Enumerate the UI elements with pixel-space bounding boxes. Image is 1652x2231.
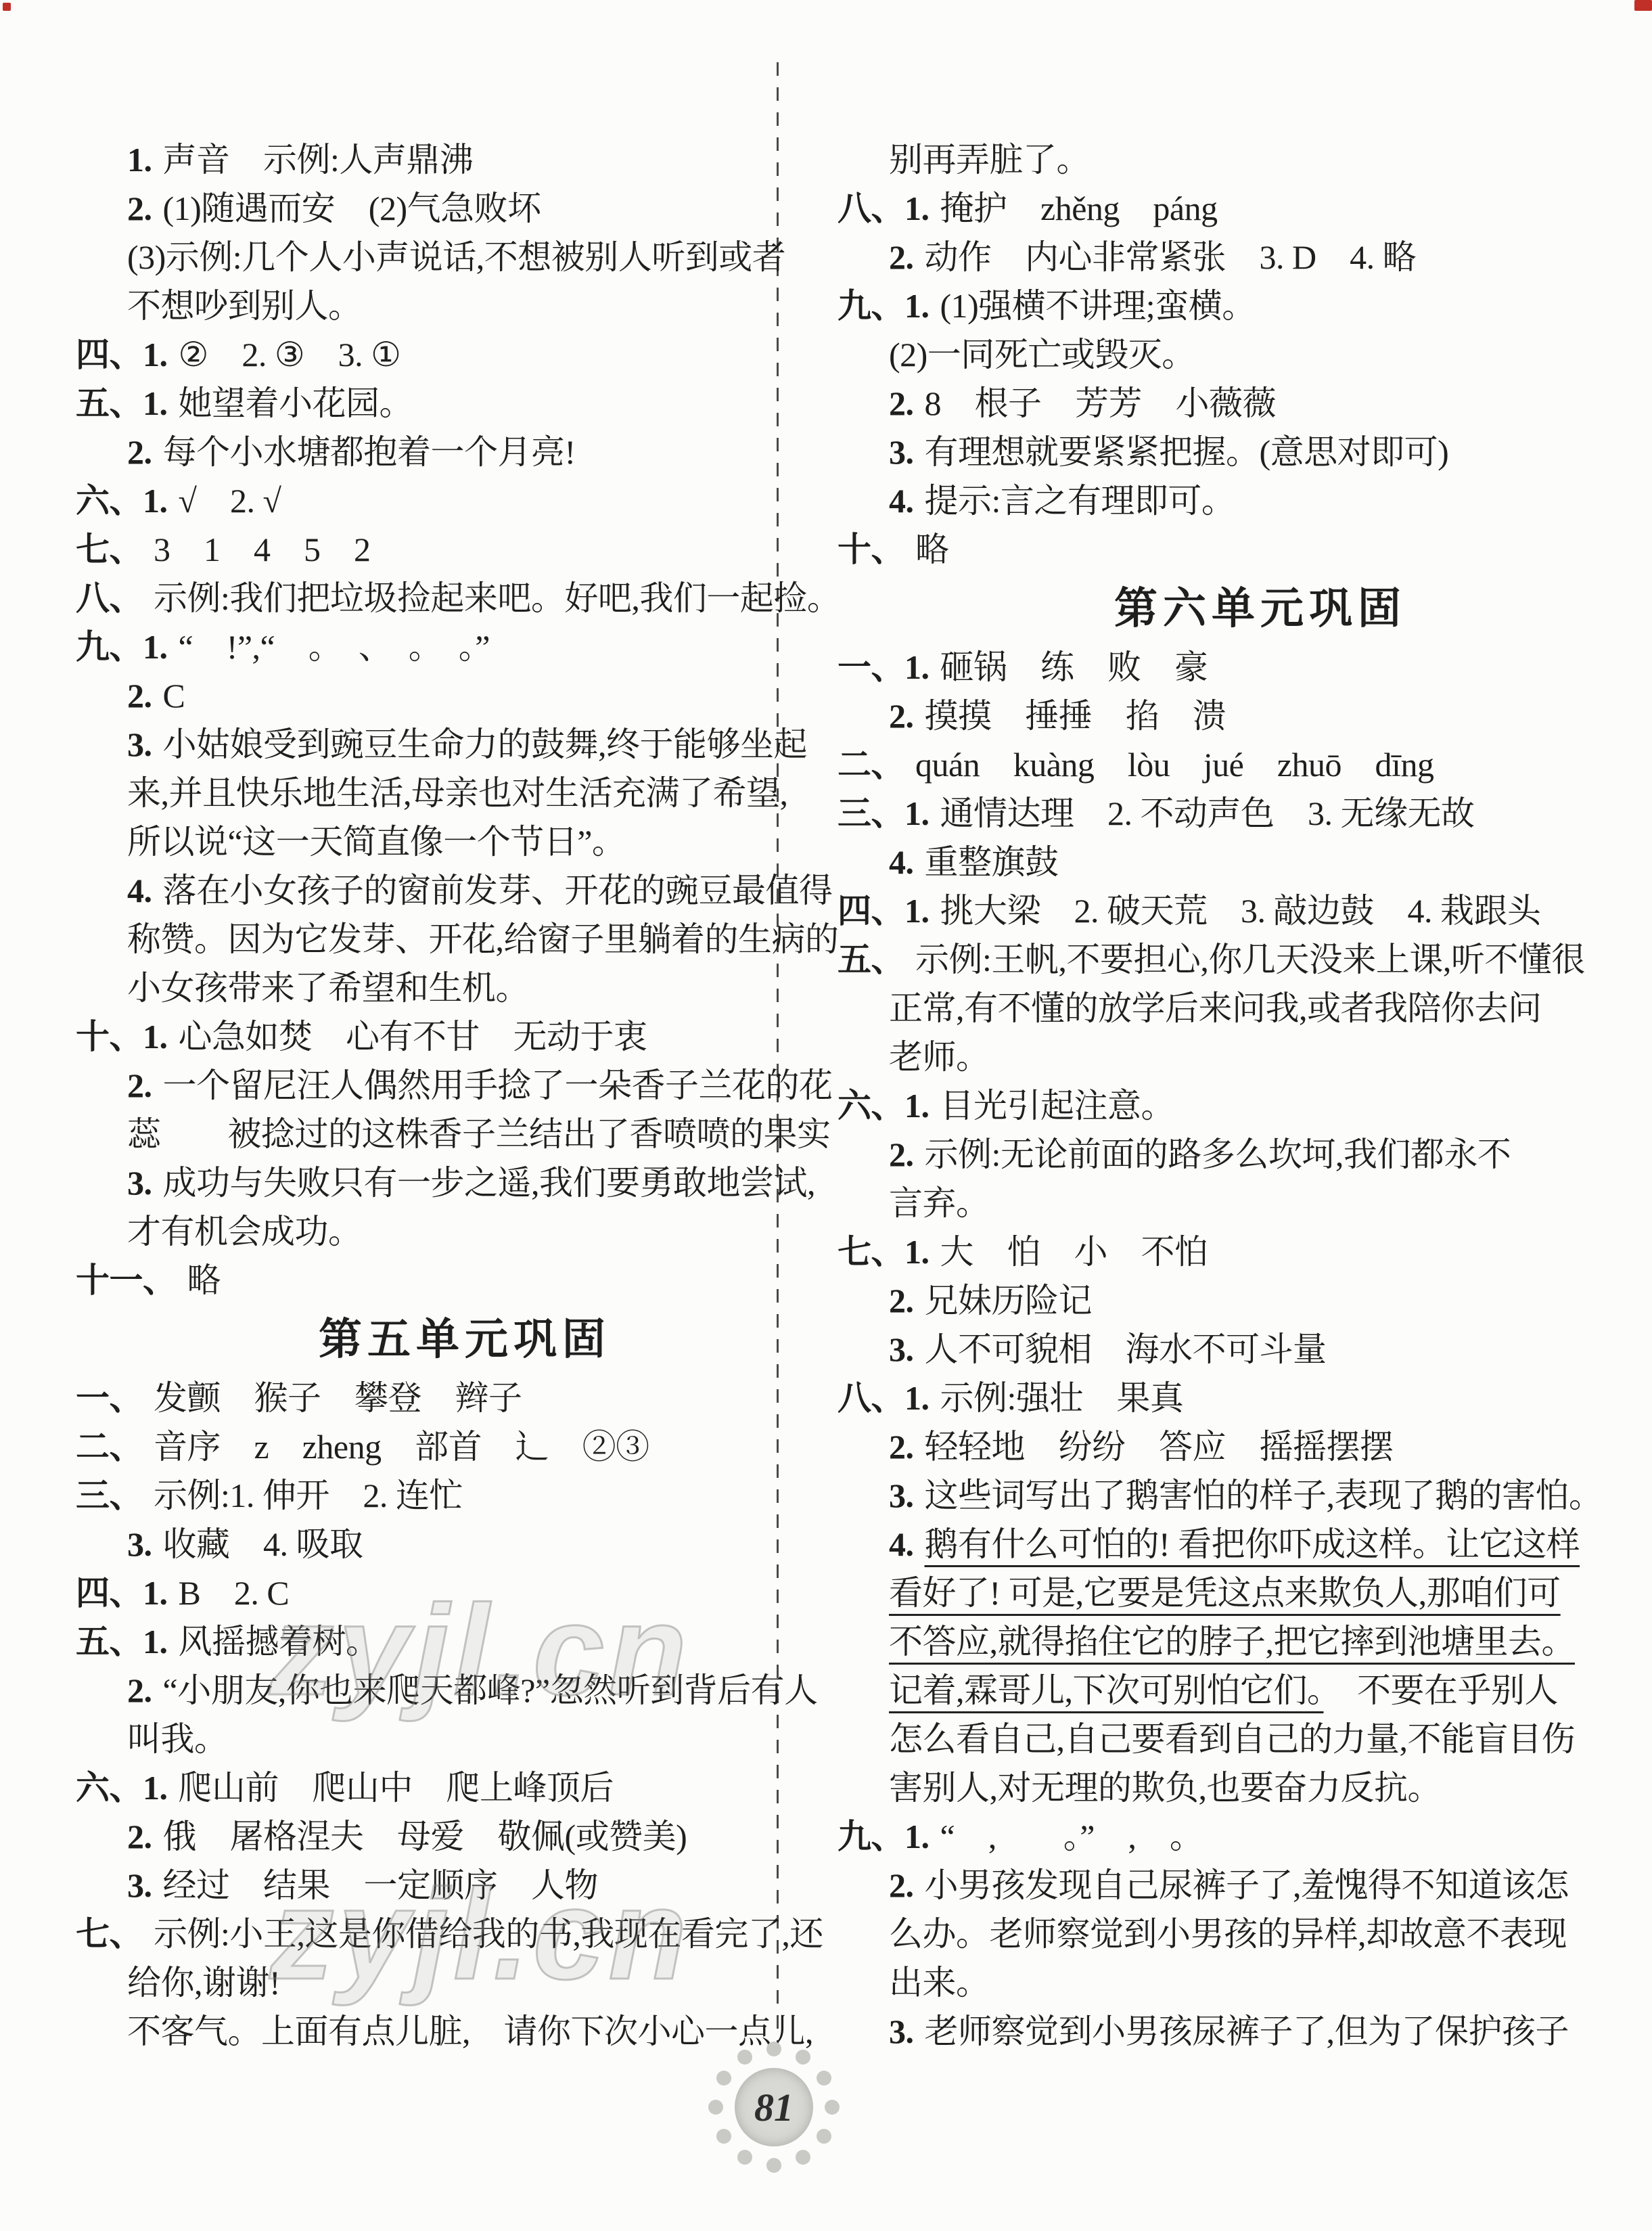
line-label: 2. [127,189,152,227]
line-label: 2. [889,384,914,422]
line-text: 大 怕 小 不怕 [940,1233,1208,1271]
answer-line: 蕊 被捻过的这株香子兰结出了香喷喷的果实 [76,1110,773,1158]
answer-line: 不答应,就得掐住它的脖子,把它摔到池塘里去。 [838,1617,1602,1666]
answer-line: 十、1.心急如焚 心有不甘 无动于衷 [76,1012,773,1061]
line-label: 三、 [76,1477,143,1514]
answer-line: 记着,霖哥儿,下次可别怕它们。 不要在乎别人 [838,1666,1602,1715]
line-label: 2. [127,1818,152,1855]
line-text: 小姑娘受到豌豆生命力的鼓舞,终于能够坐起 [163,725,808,763]
answer-line: 3.人不可貌相 海水不可斗量 [838,1325,1602,1374]
answer-line: 别再弄脏了。 [838,135,1602,184]
line-label: 2. [889,1428,914,1466]
answer-line: 4.重整旗鼓 [838,838,1602,886]
line-text: 轻轻地 纷纷 答应 摇摇摆摆 [925,1428,1394,1466]
line-label: 二、 [76,1428,143,1466]
line-text: 给你,谢谢! [127,1964,280,2002]
line-text: 声音 示例:人声鼎沸 [163,141,474,179]
line-label: 3. [889,1330,914,1368]
answer-line: 怎么看自己,自己要看到自己的力量,不能盲目伤 [838,1715,1602,1763]
line-label: 七、 [76,531,143,568]
answer-line: 出来。 [838,1958,1602,2007]
answer-line: 二、音序 z zheng 部首 辶 ②③ [76,1422,773,1471]
line-text: 蕊 被捻过的这株香子兰结出了香喷喷的果实 [127,1115,831,1153]
answer-line: 么办。老师察觉到小男孩的异样,却故意不表现 [838,1910,1602,1958]
answer-line: 九、1.“ , 。” , 。 [838,1812,1602,1861]
line-text: 音序 z zheng 部首 辶 ②③ [154,1428,649,1466]
answer-line: 六、1.爬山前 爬山中 爬上峰顶后 [76,1763,773,1812]
answer-line: 小女孩带来了希望和生机。 [76,964,773,1012]
answer-line: 看好了! 可是,它要是凭这点来欺负人,那咱们可 [838,1569,1602,1617]
line-label: 2. [889,238,914,276]
line-text: 兄妹历险记 [925,1282,1093,1320]
line-label: 3. [127,1525,152,1563]
line-label: 六、1. [76,482,168,520]
line-label: 4. [889,482,914,520]
line-text: 这些词写出了鹅害怕的样子,表现了鹅的害怕。 [925,1477,1603,1514]
answer-line: 2.“小朋友,你也来爬天都峰?”忽然听到背后有人 [76,1666,773,1715]
line-label: 4. [127,872,152,909]
section-heading: 第五单元巩固 [76,1307,773,1372]
line-text: 所以说“这一天简直像一个节日”。 [127,823,625,861]
answer-line: 3.这些词写出了鹅害怕的样子,表现了鹅的害怕。 [838,1471,1602,1520]
line-text: √ 2. √ [179,482,281,520]
line-text: 挑大梁 2. 破天荒 3. 敲边鼓 4. 栽跟头 [940,892,1541,930]
line-text: 略 [187,1261,221,1299]
line-text: 示例:王帆,不要担心,你几天没来上课,听不懂很 [915,941,1585,978]
line-label: 1. [127,141,152,179]
line-text: 她望着小花园。 [179,384,413,422]
line-label: 五、1. [76,384,168,422]
line-text: C [163,677,185,715]
line-text: (1)强横不讲理;蛮横。 [940,287,1256,325]
answer-line: 2.每个小水塘都抱着一个月亮! [76,428,773,476]
answer-line: 2.兄妹历险记 [838,1276,1602,1325]
line-label: 2. [889,697,914,735]
line-label: 一、1. [838,648,930,686]
answer-line: 老师。 [838,1033,1602,1081]
line-text: 心急如焚 心有不甘 无动于衷 [179,1018,647,1056]
answer-line: 九、1.“ !”,“ 。 、 。 。” [76,623,773,671]
answer-line: 4.提示:言之有理即可。 [838,476,1602,525]
line-text: 别再弄脏了。 [889,141,1090,179]
answer-line: 2.(1)随遇而安 (2)气急败坏 [76,184,773,233]
line-text: 不客气。上面有点儿脏, 请你下次小心一点儿, [127,2012,813,2050]
answer-line: 所以说“这一天简直像一个节日”。 [76,817,773,866]
line-text: 示例:无论前面的路多么坎坷,我们都永不 [925,1135,1511,1173]
line-label: 2. [127,1066,152,1104]
answer-line: 八、1.掩护 zhěng páng [838,184,1602,233]
line-label: 2. [127,433,152,471]
line-label: 八、1. [838,189,930,227]
line-text: 风摇撼着树。 [179,1623,380,1661]
answer-line: 六、1.目光引起注意。 [838,1081,1602,1130]
line-label: 3. [889,2012,914,2050]
line-label: 3. [889,433,914,471]
underlined-text: 不答应,就得掐住它的脖子,把它摔到池塘里去。 [889,1623,1575,1661]
line-text: 每个小水塘都抱着一个月亮! [163,433,576,471]
line-label: 七、 [76,1915,143,1953]
line-label: 八、1. [838,1379,930,1417]
line-text: 发颤 猴子 攀登 辫子 [154,1379,522,1417]
line-text: “ !”,“ 。 、 。 。” [179,628,490,666]
answer-line: 3.收藏 4. 吸取 [76,1520,773,1569]
line-label: 3. [127,1164,152,1202]
line-text: (1)随遇而安 (2)气急败坏 [163,189,541,227]
line-text: “ , 。” , 。 [940,1818,1203,1855]
line-text: 俄 屠格涅夫 母爱 敬佩(或赞美) [163,1818,687,1855]
line-text: 经过 结果 一定顺序 人物 [163,1866,599,1904]
answer-line: 五、示例:王帆,不要担心,你几天没来上课,听不懂很 [838,935,1602,984]
answer-line: 2.C [76,671,773,720]
line-text: 才有机会成功。 [127,1213,362,1250]
answer-line: 四、1.挑大梁 2. 破天荒 3. 敲边鼓 4. 栽跟头 [838,886,1602,935]
answer-line: 不客气。上面有点儿脏, 请你下次小心一点儿, [76,2007,773,2056]
line-text: 不要在乎别人 [1324,1671,1559,1709]
answer-line: 八、1.示例:强壮 果真 [838,1374,1602,1422]
line-text: 有理想就要紧紧把握。(意思对即可) [925,433,1449,471]
line-text: 3 1 4 5 2 [154,531,371,568]
line-label: 2. [889,1866,914,1904]
badge-dots-decoration [769,2102,779,2112]
line-label: 四、1. [76,1574,168,1612]
answer-line: 2.摸摸 捶捶 掐 溃 [838,692,1602,740]
underlined-text: 看好了! 可是,它要是凭这点来欺负人,那咱们可 [889,1574,1561,1612]
line-text: 通情达理 2. 不动声色 3. 无缘无故 [940,794,1475,832]
line-label: 十一、 [76,1261,177,1299]
answer-line: 2.动作 内心非常紧张 3. D 4. 略 [838,233,1602,281]
answer-line: 十一、略 [76,1256,773,1305]
answer-line: 三、1.通情达理 2. 不动声色 3. 无缘无故 [838,789,1602,838]
line-label: 2. [889,1282,914,1320]
column-divider [777,62,779,2052]
answer-line: 4.鹅有什么可怕的! 看把你吓成这样。让它这样 [838,1520,1602,1569]
answer-line: 六、1.√ 2. √ [76,476,773,525]
line-label: 七、1. [838,1233,930,1271]
line-text: 略 [915,531,949,568]
line-label: 六、1. [76,1769,168,1807]
underlined-text: 记着,霖哥儿,下次可别怕它们。 [889,1671,1324,1709]
line-label: 六、1. [838,1087,930,1125]
answer-line: 四、1.B 2. C [76,1569,773,1617]
line-text: 提示:言之有理即可。 [925,482,1235,520]
corner-mark-right [1634,0,1652,11]
answer-line: 称赞。因为它发芽、开花,给窗子里躺着的生病的 [76,915,773,964]
answer-line: 2.轻轻地 纷纷 答应 摇摇摆摆 [838,1422,1602,1471]
line-text: 小女孩带来了希望和生机。 [127,969,529,1007]
line-text: 老师察觉到小男孩尿裤子了,但为了保护孩子 [925,2012,1569,2050]
answer-line: 3.成功与失败只有一步之遥,我们要勇敢地尝试, [76,1158,773,1207]
line-text: 正常,有不懂的放学后来问我,或者我陪你去问 [889,989,1542,1027]
line-text: 爬山前 爬山中 爬上峰顶后 [179,1769,614,1807]
answer-line: 七、3 1 4 5 2 [76,525,773,574]
line-text: 动作 内心非常紧张 3. D 4. 略 [925,238,1417,276]
line-text: 示例:强壮 果真 [940,1379,1184,1417]
answer-line: 七、1.大 怕 小 不怕 [838,1227,1602,1276]
answer-line: 五、1.她望着小花园。 [76,379,773,428]
line-text: ② 2. ③ 3. ① [179,336,401,374]
line-text: 称赞。因为它发芽、开花,给窗子里躺着的生病的 [127,920,839,958]
line-text: 怎么看自己,自己要看到自己的力量,不能盲目伤 [889,1720,1575,1758]
answer-line: 2.8 根子 芳芳 小薇薇 [838,379,1602,428]
answer-line: 三、示例:1. 伸开 2. 连忙 [76,1471,773,1520]
line-text: “小朋友,你也来爬天都峰?”忽然听到背后有人 [163,1671,818,1709]
answer-line: 1.声音 示例:人声鼎沸 [76,135,773,184]
answer-line: 3.小姑娘受到豌豆生命力的鼓舞,终于能够坐起 [76,720,773,769]
line-text: 收藏 4. 吸取 [163,1525,363,1563]
line-text: 重整旗鼓 [925,843,1059,881]
answer-line: 才有机会成功。 [76,1207,773,1256]
answer-line: 四、1.② 2. ③ 3. ① [76,330,773,379]
line-label: 二、 [838,746,904,784]
line-text: 小男孩发现自己尿裤子了,羞愧得不知道该怎 [925,1866,1569,1904]
corner-mark-left [3,3,11,11]
answer-line: 不想吵到别人。 [76,281,773,330]
line-label: 3. [127,1866,152,1904]
answer-line: 2.一个留尼汪人偶然用手捻了一朵香子兰花的花 [76,1061,773,1110]
answer-line: 八、示例:我们把垃圾捡起来吧。好吧,我们一起捡。 [76,574,773,623]
line-text: 么办。老师察觉到小男孩的异样,却故意不表现 [889,1915,1567,1953]
line-text: 叫我。 [127,1720,228,1758]
answer-line: 七、示例:小王,这是你借给我的书,我现在看完了,还 [76,1910,773,1958]
answer-line: 3.有理想就要紧紧把握。(意思对即可) [838,428,1602,476]
line-label: 五、 [838,941,904,978]
answer-line: 五、1.风摇撼着树。 [76,1617,773,1666]
answer-line: 言弃。 [838,1179,1602,1227]
line-text: 示例:1. 伸开 2. 连忙 [154,1477,463,1514]
line-text: (2)一同死亡或毁灭。 [889,336,1195,374]
line-label: 3. [127,725,152,763]
line-label: 4. [889,843,914,881]
section-heading: 第六单元巩固 [838,577,1602,641]
line-text: 不想吵到别人。 [127,287,362,325]
line-label: 四、1. [838,892,930,930]
page-number-badge: 81 [735,2068,813,2146]
line-text: 出来。 [889,1964,990,2002]
line-label: 九、1. [838,287,930,325]
line-text: 成功与失败只有一步之遥,我们要勇敢地尝试, [163,1164,816,1202]
answer-line: 给你,谢谢! [76,1958,773,2007]
answer-line: (3)示例:几个人小声说话,不想被别人听到或者 [76,233,773,281]
answer-line: 一、发颤 猴子 攀登 辫子 [76,1374,773,1422]
line-text: 落在小女孩子的窗前发芽、开花的豌豆最值得 [163,872,833,909]
answer-line: 3.经过 结果 一定顺序 人物 [76,1861,773,1910]
line-label: 2. [127,677,152,715]
answer-line: 叫我。 [76,1715,773,1763]
line-text: 示例:小王,这是你借给我的书,我现在看完了,还 [154,1915,823,1953]
page: 1.声音 示例:人声鼎沸2.(1)随遇而安 (2)气急败坏(3)示例:几个人小声… [0,0,1652,2231]
line-text: 摸摸 捶捶 掐 溃 [925,697,1226,735]
line-text: 一个留尼汪人偶然用手捻了一朵香子兰花的花 [163,1066,833,1104]
answer-line: 来,并且快乐地生活,母亲也对生活充满了希望, [76,769,773,817]
answer-line: 一、1.砸锅 练 败 豪 [838,643,1602,692]
answer-line: 2.示例:无论前面的路多么坎坷,我们都永不 [838,1130,1602,1179]
line-label: 3. [889,1477,914,1514]
line-label: 2. [127,1671,152,1709]
answer-line: 3.老师察觉到小男孩尿裤子了,但为了保护孩子 [838,2007,1602,2056]
answer-line: 十、略 [838,525,1602,574]
line-text: 8 根子 芳芳 小薇薇 [925,384,1277,422]
answer-line: 二、quán kuàng lòu jué zhuō dīng [838,740,1602,789]
line-label: 五、1. [76,1623,168,1661]
answer-line: 2.小男孩发现自己尿裤子了,羞愧得不知道该怎 [838,1861,1602,1910]
line-text: quán kuàng lòu jué zhuō dīng [915,746,1433,784]
line-label: 八、 [76,579,143,617]
line-text: 害别人,对无理的欺负,也要奋力反抗。 [889,1769,1441,1807]
line-text: 来,并且快乐地生活,母亲也对生活充满了希望, [127,774,788,812]
answer-line: (2)一同死亡或毁灭。 [838,330,1602,379]
line-label: 三、1. [838,794,930,832]
answer-line: 正常,有不懂的放学后来问我,或者我陪你去问 [838,984,1602,1033]
line-text: 示例:我们把垃圾捡起来吧。好吧,我们一起捡。 [154,579,840,617]
line-text: 老师。 [889,1038,990,1076]
line-text: 掩护 zhěng páng [940,189,1218,227]
column-left: 1.声音 示例:人声鼎沸2.(1)随遇而安 (2)气急败坏(3)示例:几个人小声… [76,135,773,2056]
line-label: 4. [889,1525,914,1563]
line-label: 十、1. [76,1018,168,1056]
answer-line: 害别人,对无理的欺负,也要奋力反抗。 [838,1763,1602,1812]
line-text: 言弃。 [889,1184,990,1222]
line-text: 目光引起注意。 [940,1087,1175,1125]
line-label: 2. [889,1135,914,1173]
line-text: 砸锅 练 败 豪 [940,648,1208,686]
line-text: (3)示例:几个人小声说话,不想被别人听到或者 [127,238,785,276]
line-label: 九、1. [76,628,168,666]
line-label: 四、1. [76,336,168,374]
answer-line: 4.落在小女孩子的窗前发芽、开花的豌豆最值得 [76,866,773,915]
answer-line: 九、1.(1)强横不讲理;蛮横。 [838,281,1602,330]
line-label: 一、 [76,1379,143,1417]
line-label: 十、 [838,531,904,568]
column-right: 别再弄脏了。八、1.掩护 zhěng páng2.动作 内心非常紧张 3. D … [838,135,1602,2056]
line-text: 人不可貌相 海水不可斗量 [925,1330,1327,1368]
answer-line: 2.俄 屠格涅夫 母爱 敬佩(或赞美) [76,1812,773,1861]
line-label: 九、1. [838,1818,930,1855]
line-text: B 2. C [179,1574,290,1612]
underlined-text: 鹅有什么可怕的! 看把你吓成这样。让它这样 [925,1525,1580,1563]
